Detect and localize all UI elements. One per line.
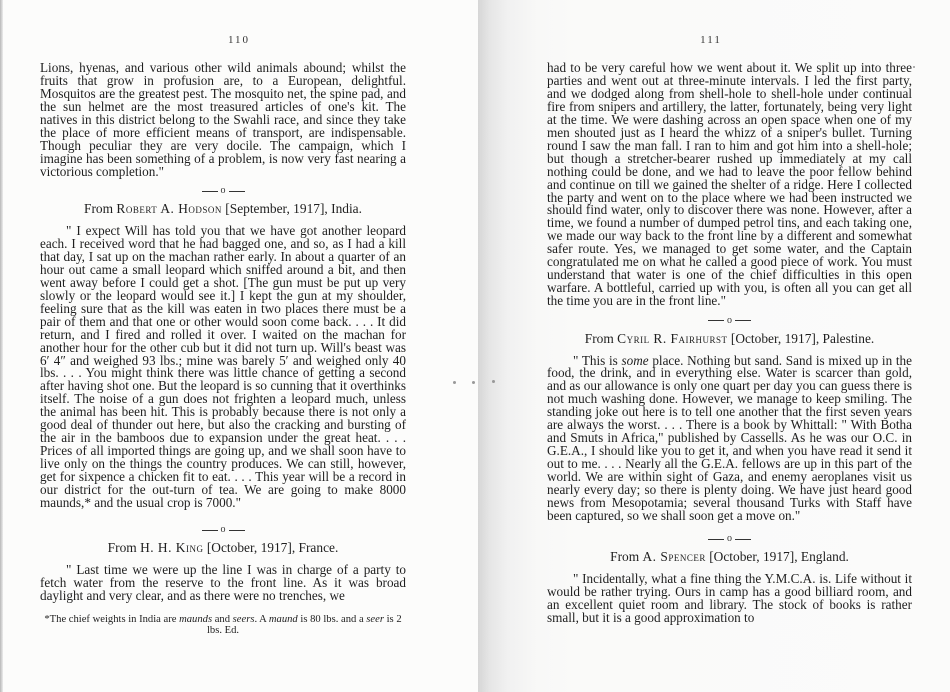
opening-paragraph: Lions, hyenas, and various other wild an…	[40, 62, 406, 179]
paper-speck	[472, 381, 475, 384]
letter-heading: From A. Spencer [October, 1917], England…	[547, 551, 912, 564]
letter-author: Robert A. Hodson	[116, 201, 222, 216]
letter-place: , India.	[324, 201, 362, 216]
rule-line	[708, 320, 724, 321]
right-page: 111 had to be very careful how we went a…	[478, 0, 950, 692]
rule-line	[735, 320, 751, 321]
letter-body: " I expect Will has told you that we hav…	[40, 225, 406, 510]
rule-line	[708, 539, 724, 540]
rule-line	[229, 191, 245, 192]
text-column: had to be very careful how we went about…	[547, 62, 912, 625]
letter-heading: From Robert A. Hodson [September, 1917],…	[40, 203, 406, 216]
letter-author: A. Spencer	[643, 549, 706, 564]
letter-body: " This is some place. Nothing but sand. …	[547, 355, 912, 523]
paper-speck	[492, 380, 495, 383]
section-separator: o	[547, 314, 912, 326]
letter-body: " Last time we were up the line I was in…	[40, 564, 406, 603]
left-page: 110 Lions, hyenas, and various other wil…	[0, 0, 478, 692]
paper-speck	[453, 381, 456, 384]
opening-paragraph: had to be very careful how we went about…	[547, 62, 912, 308]
rule-line	[202, 530, 218, 531]
page-number: 111	[475, 34, 947, 46]
page-number: 110	[0, 34, 478, 46]
paper-speck	[913, 66, 915, 68]
letter-heading: From Cyril R. Fairhurst [October, 1917],…	[547, 333, 912, 346]
letter-place: , Palestine.	[816, 331, 874, 346]
rule-line	[735, 539, 751, 540]
letter-place: , England.	[794, 549, 849, 564]
letter-heading: From H. H. King [October, 1917], France.	[40, 542, 406, 555]
letter-date: [October, 1917]	[709, 549, 794, 564]
letter-author: Cyril R. Fairhurst	[617, 331, 727, 346]
letter-date: [September, 1917]	[225, 201, 324, 216]
letter-body: " Incidentally, what a fine thing the Y.…	[547, 573, 912, 625]
rule-line	[229, 530, 245, 531]
letter-date: [October, 1917]	[731, 331, 816, 346]
section-separator: o	[40, 185, 406, 197]
letter-date: [October, 1917]	[207, 540, 292, 555]
letter-place: , France.	[292, 540, 338, 555]
letter-author: H. H. King	[140, 540, 203, 555]
section-separator: o	[40, 524, 406, 536]
section-separator: o	[547, 533, 912, 545]
rule-line	[202, 191, 218, 192]
text-column: Lions, hyenas, and various other wild an…	[40, 62, 406, 636]
footnote: *The chief weights in India are maunds a…	[40, 614, 406, 636]
